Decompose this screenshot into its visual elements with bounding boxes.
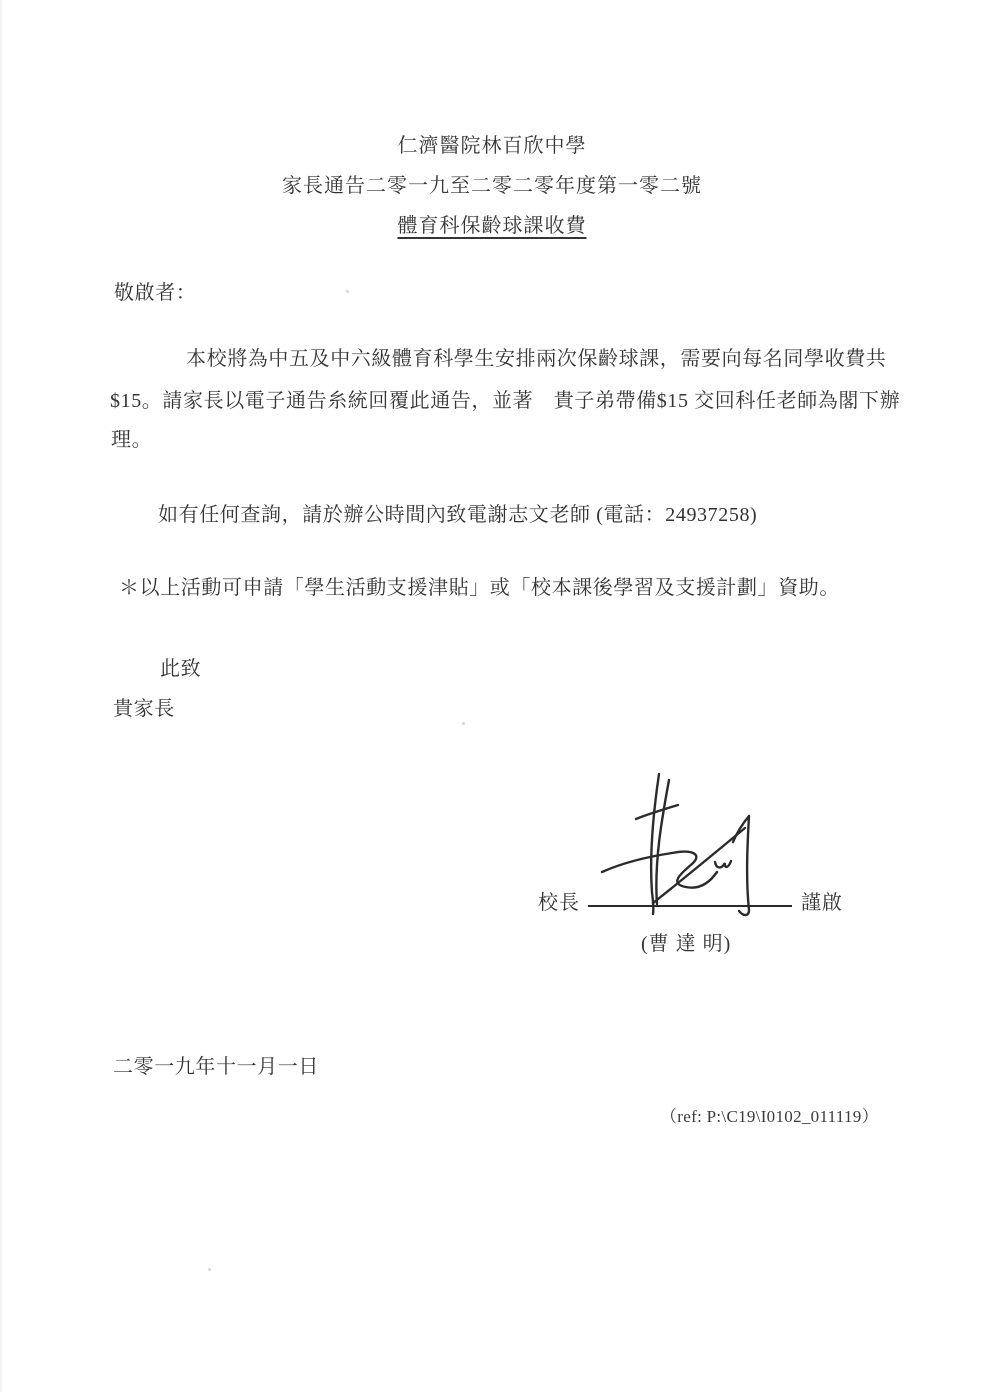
reference-line: （ref: P:\C19\I0102_011119） — [660, 1102, 879, 1127]
scan-speck — [208, 1268, 211, 1271]
salutation: 敬啟者： — [114, 276, 196, 305]
principal-label: 校長 — [538, 886, 580, 915]
date-line: 二零一九年十一月一日 — [113, 1050, 319, 1079]
notice-subject: 體育科保齡球課收費 — [398, 215, 587, 237]
letter-page: 仁濟醫院林百欣中學 家長通告二零一九至二零二零年度第一零二號 體育科保齡球課收費… — [0, 0, 984, 1392]
principal-name: (曹 達 明) — [641, 927, 731, 956]
para1-line3: 理。 — [111, 423, 152, 452]
closing-cizhi: 此致 — [160, 652, 201, 681]
enquiry-line: 如有任何查詢，請於辦公時間內致電謝志文老師 (電話：24937258) — [158, 498, 757, 527]
scan-speck — [346, 290, 349, 293]
para1-line1: 本校將為中五及中六級體育科學生安排兩次保齡球課，需要向每名同學收費共 — [186, 342, 886, 371]
notice-number: 家長通告二零一九至二零二零年度第一零二號 — [0, 166, 984, 206]
para1-line2: $15。請家長以電子通告糸統回覆此通告，並著 貴子弟帶備$15 交回科任老師為閣… — [110, 384, 900, 413]
closing-honorific: 謹啟 — [801, 886, 843, 915]
principal-signature-ink — [596, 766, 766, 918]
scan-speck — [462, 722, 465, 725]
school-name: 仁濟醫院林百欣中學 — [0, 126, 984, 166]
letter-header: 仁濟醫院林百欣中學 家長通告二零一九至二零二零年度第一零二號 體育科保齡球課收費 — [0, 126, 984, 246]
closing-recipient: 貴家長 — [113, 692, 175, 721]
subsidy-note: ＊以上活動可申請「學生活動支援津貼」或「校本課後學習及支援計劃」資助。 — [119, 571, 840, 600]
signature-block — [596, 766, 766, 923]
